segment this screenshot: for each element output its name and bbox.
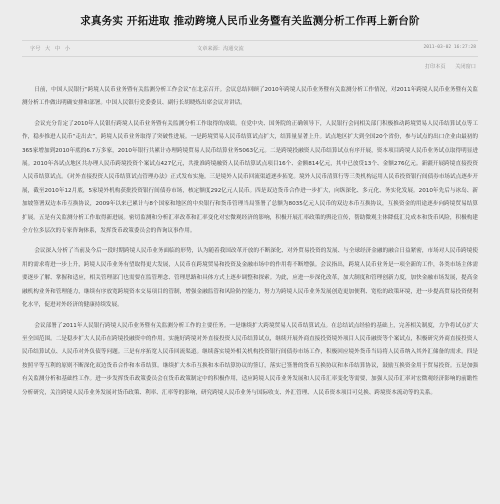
publish-datetime: 2011-03-02 16:27:28 <box>423 45 476 50</box>
article-paragraph: 日前，中国人民银行“跨境人民币业务暨有关监测分析工作会议”在北京召开。会议总结回… <box>22 84 478 111</box>
print-page-link[interactable]: 打印本页 <box>425 64 446 70</box>
article-meta-bar: 字号 大 中 小 文章来源：沟通交流 2011-03-02 16:27:28 <box>22 40 478 57</box>
article-paragraph: 会议充分肯定了2010年人民银行跨境人民币业务暨有关监测分析工作取得的成绩。在党… <box>22 118 478 239</box>
font-size-label: 字号 <box>30 46 40 52</box>
article-paragraph: 会议部署了2011年人民银行跨境人民币业务暨有关监测分析工作的主要任务。一是继续… <box>22 320 478 400</box>
article-actions: 打印本页 关闭窗口 <box>417 63 476 70</box>
font-size-medium-button[interactable]: 中 <box>55 46 60 52</box>
article-body: 日前，中国人民银行“跨境人民币业务暨有关监测分析工作会议”在北京召开。会议总结回… <box>22 84 478 407</box>
article-page: 求真务实 开拓进取 推动跨境人民币业务暨有关监测分析工作再上新台阶 字号 大 中… <box>0 0 500 504</box>
article-title: 求真务实 开拓进取 推动跨境人民币业务暨有关监测分析工作再上新台阶 <box>0 13 500 28</box>
font-size-controls: 字号 大 中 小 <box>30 45 73 52</box>
font-size-large-button[interactable]: 大 <box>45 46 50 52</box>
article-source: 文章来源：沟通交流 <box>197 45 244 52</box>
font-size-small-button[interactable]: 小 <box>65 46 70 52</box>
article-paragraph: 会议深入分析了当前及今后一段时期跨境人民币业务面临的形势，认为随着我国改革开放的… <box>22 245 478 312</box>
close-window-link[interactable]: 关闭窗口 <box>455 64 476 70</box>
